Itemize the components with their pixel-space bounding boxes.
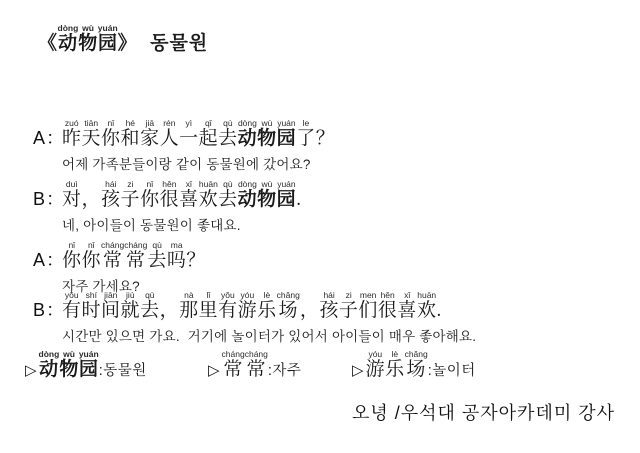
title-hanzi: 《动dòng物wù园yuán》: [38, 24, 137, 55]
korean-translation: 네, 아이들이 동물원이 좋대요.: [62, 214, 301, 234]
dialogue-line-b1: B： 对duì，孩hái子zi你nǐ很hěn喜xǐ欢huān去qù动dòng物w…: [33, 180, 301, 234]
hanzi-text: 你nǐ你nǐ常cháng常cháng去qù吗ma？: [62, 241, 206, 272]
vocab-item-often: ▷ 常cháng常cháng :자주: [208, 350, 301, 381]
chinese-row: A： 昨zuó天tiān你nǐ和hé家jiā人rén一yì起qǐ去qù动dòng…: [33, 119, 335, 150]
speaker-label: A：: [33, 124, 62, 150]
credit-line: 오녕 /우석대 공자아카데미 강사: [352, 399, 615, 425]
dialogue-line-a1: A： 昨zuó天tiān你nǐ和hé家jiā人rén一yì起qǐ去qù动dòng…: [33, 119, 335, 173]
hanzi-text: 对duì，孩hái子zi你nǐ很hěn喜xǐ欢huān去qù动dòng物wù园y…: [62, 180, 301, 211]
title-korean: 동물원: [150, 28, 208, 55]
page-title: 《动dòng物wù园yuán》 동물원: [38, 24, 208, 55]
chinese-row: B： 有yǒu时shí间jiān就jiù去qù，那nà里lǐ有yǒu游yóu乐l…: [33, 291, 476, 322]
korean-translation: 어제 가족분들이랑 같이 동물원에 갔어요?: [62, 153, 335, 173]
vocab-item-playground: ▷ 游yóu乐lè场chǎng :놀이터: [352, 350, 476, 381]
triangle-bullet-icon: ▷: [208, 361, 220, 379]
vocab-korean: :자주: [268, 359, 302, 380]
triangle-bullet-icon: ▷: [352, 361, 364, 379]
speaker-label: B：: [33, 185, 62, 211]
vocab-korean: :놀이터: [428, 359, 476, 380]
dialogue-line-b2: B： 有yǒu时shí间jiān就jiù去qù，那nà里lǐ有yǒu游yóu乐l…: [33, 291, 476, 345]
vocab-hanzi: 游yóu乐lè场chǎng: [366, 350, 428, 381]
chinese-row: B： 对duì，孩hái子zi你nǐ很hěn喜xǐ欢huān去qù动dòng物w…: [33, 180, 301, 211]
dialogue-line-a2: A： 你nǐ你nǐ常cháng常cháng去qù吗ma？ 자주 가세요?: [33, 241, 206, 295]
vocab-hanzi: 常cháng常cháng: [222, 350, 268, 381]
vocab-korean: :동물원: [99, 359, 147, 380]
speaker-label: B：: [33, 296, 62, 322]
vocab-item-zoo: ▷ 动dòng物wù园yuán :동물원: [25, 350, 147, 381]
hanzi-text: 昨zuó天tiān你nǐ和hé家jiā人rén一yì起qǐ去qù动dòng物wù…: [62, 119, 335, 150]
lesson-page: 《动dòng物wù园yuán》 동물원 A： 昨zuó天tiān你nǐ和hé家j…: [0, 0, 640, 453]
vocab-row: ▷ 动dòng物wù园yuán :동물원 ▷ 常cháng常cháng :자주 …: [0, 350, 640, 390]
korean-translation: 시간만 있으면 가요. 거기에 놀이터가 있어서 아이들이 매우 좋아해요.: [62, 325, 476, 345]
vocab-hanzi: 动dòng物wù园yuán: [39, 350, 99, 381]
speaker-label: A：: [33, 246, 62, 272]
chinese-row: A： 你nǐ你nǐ常cháng常cháng去qù吗ma？: [33, 241, 206, 272]
triangle-bullet-icon: ▷: [25, 361, 37, 379]
hanzi-text: 有yǒu时shí间jiān就jiù去qù，那nà里lǐ有yǒu游yóu乐lè场c…: [62, 291, 442, 322]
